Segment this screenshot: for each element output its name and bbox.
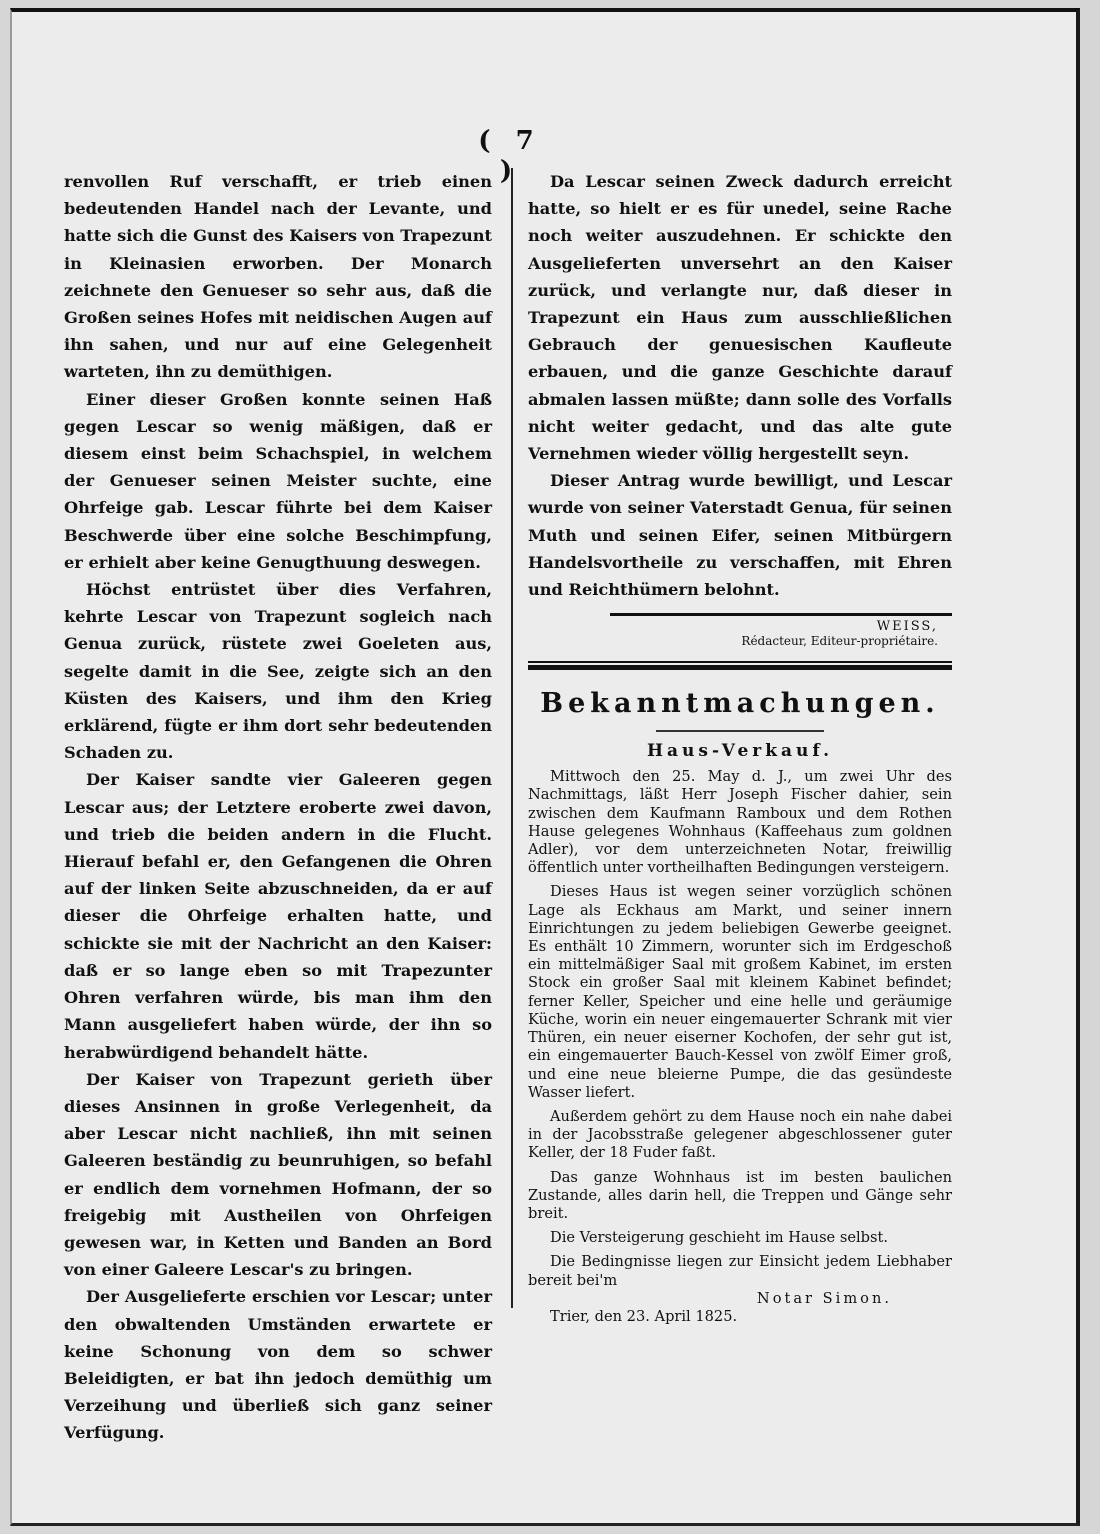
editor-title: Rédacteur, Editeur-propriétaire. (528, 634, 938, 649)
right-column: Da Lescar seinen Zweck dadurch erreicht … (528, 168, 952, 1326)
story-paragraph: Höchst entrüstet über dies Verfahren, ke… (64, 576, 492, 766)
signature-rule (610, 613, 952, 616)
notary-signature-line: Notar Simon. (528, 1290, 952, 1308)
place-date: Trier, den 23. April 1825. (528, 1308, 952, 1326)
announcement-paragraph: Das ganze Wohnhaus ist im besten baulich… (528, 1169, 952, 1224)
left-column: renvollen Ruf verschafft, er trieb einen… (64, 168, 492, 1447)
announcement-paragraph: Mittwoch den 25. May d. J., um zwei Uhr … (528, 768, 952, 877)
conditions-paragraph: Die Bedingnisse liegen zur Einsicht jede… (528, 1253, 952, 1289)
story-paragraph: Dieser Antrag wurde bewilligt, und Lesca… (528, 467, 952, 603)
announcement-paragraph: Die Versteigerung geschieht im Hause sel… (528, 1229, 952, 1247)
announcement-subheading: Haus-Verkauf. (528, 738, 952, 764)
section-double-rule (528, 661, 952, 666)
story-paragraph: Da Lescar seinen Zweck dadurch erreicht … (528, 168, 952, 467)
announcement-paragraph: Dieses Haus ist wegen seiner vorzüglich … (528, 883, 952, 1101)
story-paragraph: Der Kaiser von Trapezunt gerieth über di… (64, 1066, 492, 1284)
notary-name: Notar Simon. (757, 1290, 892, 1308)
editor-signature: WEISS, Rédacteur, Editeur-propriétaire. (528, 619, 952, 649)
story-paragraph: Einer dieser Großen konnte seinen Haß ge… (64, 386, 492, 576)
announcements-heading: Bekanntmachungen. (528, 684, 952, 724)
heading-rule (656, 730, 824, 732)
story-paragraph: Der Ausgelieferte erschien vor Lescar; u… (64, 1283, 492, 1446)
announcement-paragraph: Außerdem gehört zu dem Hause noch ein na… (528, 1108, 952, 1163)
story-paragraph: Der Kaiser sandte vier Galeeren gegen Le… (64, 766, 492, 1065)
editor-name: WEISS, (528, 619, 938, 634)
house-sale-announcement: Mittwoch den 25. May d. J., um zwei Uhr … (528, 768, 952, 1326)
column-divider (511, 168, 513, 1308)
story-continuation-paragraph: renvollen Ruf verschafft, er trieb einen… (64, 168, 492, 386)
